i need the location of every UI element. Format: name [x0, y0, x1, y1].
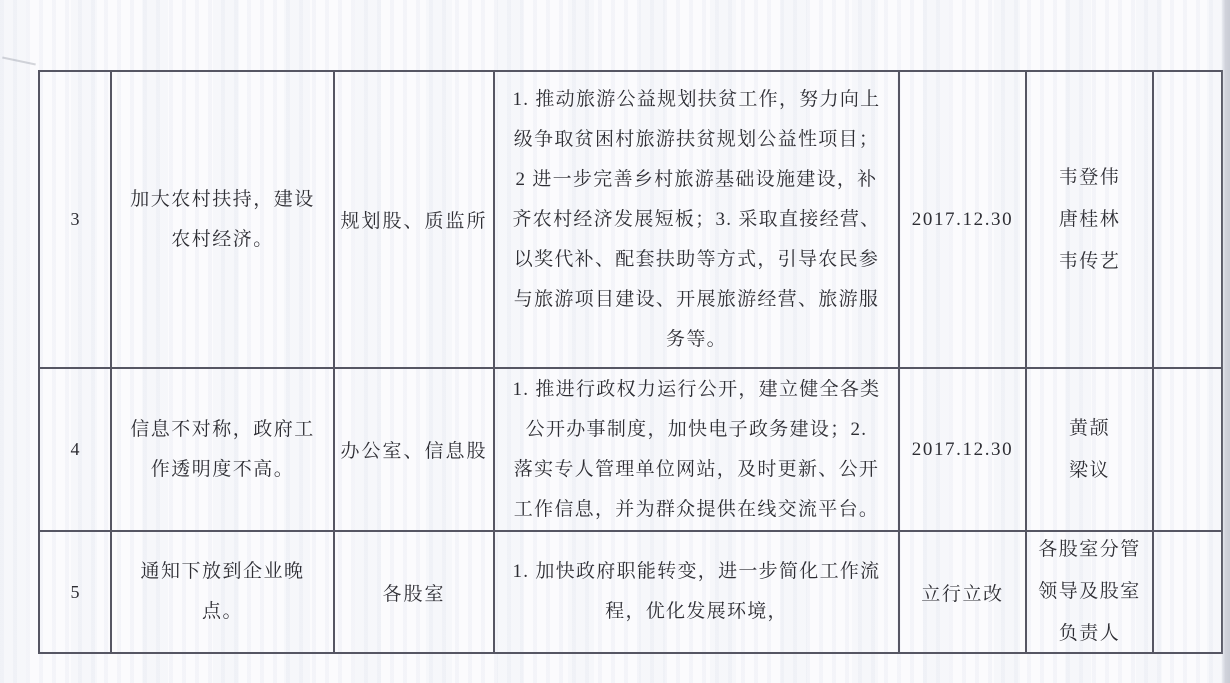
cell-note [1154, 532, 1223, 654]
cell-deadline: 立行立改 [900, 532, 1027, 654]
cell-persons: 韦登伟 唐桂林 韦传艺 [1027, 72, 1154, 369]
scan-artifact-mark [2, 56, 36, 65]
cell-note [1154, 369, 1223, 532]
cell-measures: 1. 推动旅游公益规划扶贫工作，努力向上 级争取贫困村旅游扶贫规划公益性项目； … [495, 72, 900, 369]
cell-seq: 5 [40, 532, 112, 654]
cell-seq: 3 [40, 72, 112, 369]
cell-department: 规划股、质监所 [335, 72, 495, 369]
cell-seq: 4 [40, 369, 112, 532]
cell-deadline: 2017.12.30 [900, 72, 1027, 369]
cell-problem: 信息不对称，政府工 作透明度不高。 [112, 369, 335, 532]
cell-department: 各股室 [335, 532, 495, 654]
scan-edge-shadow [1221, 0, 1230, 683]
cell-persons: 黄颉 梁议 [1027, 369, 1154, 532]
scanned-document-page: 3 加大农村扶持，建设 农村经济。 规划股、质监所 1. 推动旅游公益规划扶贫工… [0, 0, 1230, 683]
cell-measures: 1. 加快政府职能转变，进一步简化工作流 程，优化发展环境， [495, 532, 900, 654]
cell-measures: 1. 推进行政权力运行公开，建立健全各类 公开办事制度，加快电子政务建设；2. … [495, 369, 900, 532]
cell-problem: 通知下放到企业晚 点。 [112, 532, 335, 654]
cell-note [1154, 72, 1223, 369]
cell-problem: 加大农村扶持，建设 农村经济。 [112, 72, 335, 369]
cell-department: 办公室、信息股 [335, 369, 495, 532]
rectification-table: 3 加大农村扶持，建设 农村经济。 规划股、质监所 1. 推动旅游公益规划扶贫工… [38, 70, 1223, 654]
cell-persons: 各股室分管 领导及股室 负责人 [1027, 532, 1154, 654]
cell-deadline: 2017.12.30 [900, 369, 1027, 532]
